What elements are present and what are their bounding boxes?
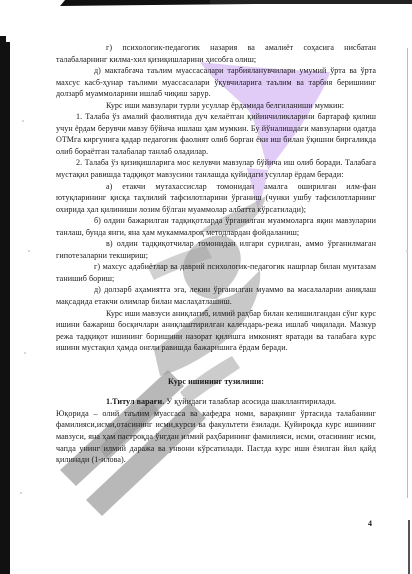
title-page-lead: 1.Титул варағи. У қуйидаги талаблар асос… (56, 396, 376, 408)
paragraph-g: г) психологик-педагогик назария ва амали… (56, 42, 376, 65)
scan-border-right-bottom (408, 520, 410, 574)
paragraph-d2: д) долзарб аҳамиятга эга, лекин ўрганилг… (56, 284, 376, 307)
title-page-lead-rest: У қуйидаги талаблар асосида шакллантирил… (164, 397, 336, 406)
paragraph-item-1: 1. Талаба ўз амалий фаолиятида дуч келаё… (56, 111, 376, 157)
title-page-label: 1.Титул варағи. (106, 397, 164, 406)
paragraph-v: в) олдин тадқиқотчилар томонидан илгари … (56, 238, 376, 261)
paragraph-closing: Курс иши мавзуси аниқлагиб, илмий раҳбар… (56, 308, 376, 354)
scan-speck (24, 352, 26, 354)
scan-border-left (0, 42, 10, 574)
scan-border-right (407, 48, 408, 498)
page-number: 4 (368, 519, 372, 528)
paragraph-a: а) етакчи мутахассислар томонидан амалга… (56, 181, 376, 216)
paragraph-b: б) олдин бажарилган тадқиқотларда ўргани… (56, 215, 376, 238)
scan-speck (406, 250, 408, 252)
scan-speck (28, 250, 30, 252)
document-page: г) психологик-педагогик назария ва амали… (56, 42, 376, 466)
scan-border-top-edge (210, 0, 412, 4)
paragraph-d: д) мактабгача таълим муассасалари тарбия… (56, 65, 376, 100)
scan-speck (20, 492, 22, 494)
paragraph-intro: Курс иши мавзулари турли усуллар ёрдамид… (56, 100, 376, 112)
title-page-body: Юқорида – олий таълим муассаса ва кафедр… (56, 408, 376, 466)
section-heading: Курс ишининг тузилиши: (56, 376, 376, 388)
paragraph-item-2: 2. Талаба ўз қизиқишларига мос келувчи м… (56, 157, 376, 180)
paragraph-g2: г) махсус адабиётлар ва даврий психологи… (56, 261, 376, 284)
scan-speck (22, 120, 24, 122)
